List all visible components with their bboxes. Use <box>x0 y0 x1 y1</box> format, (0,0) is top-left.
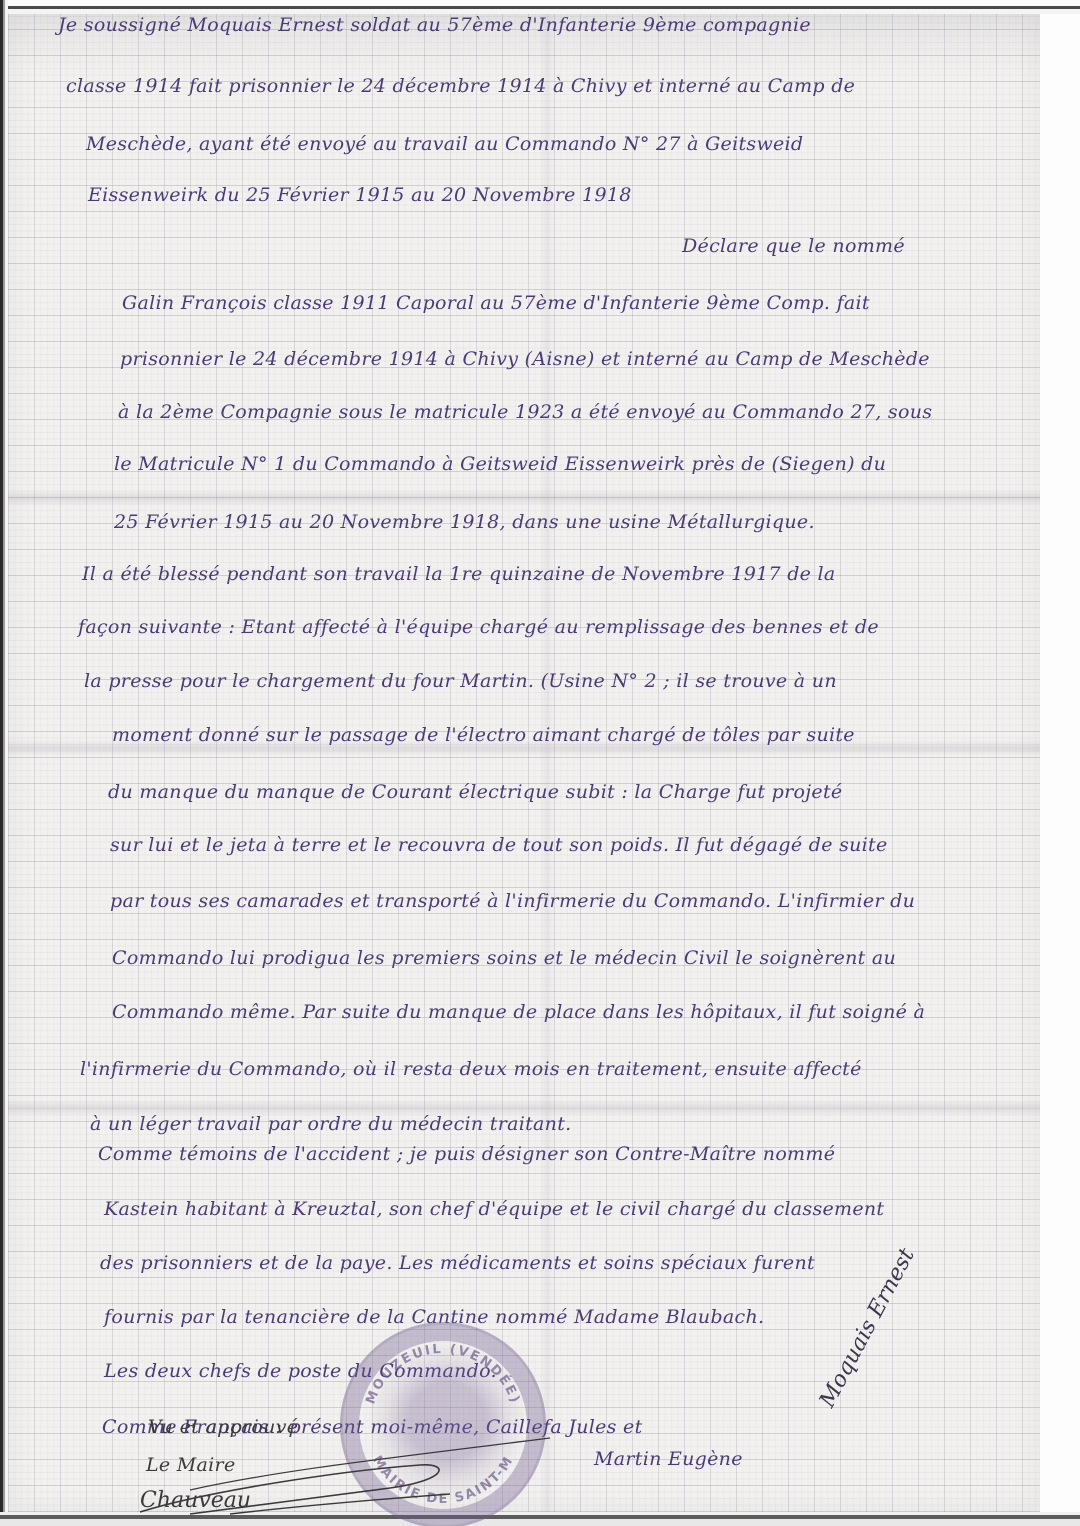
text-line: à un léger travail par ordre du médecin … <box>90 1115 572 1134</box>
text-line: la presse pour le chargement du four Mar… <box>84 672 837 691</box>
svg-text:MOUZEUIL (VENDÉE): MOUZEUIL (VENDÉE) <box>363 1342 522 1407</box>
signature-flourish <box>130 1430 560 1520</box>
text-line: sur lui et le jeta à terre et le recouvr… <box>110 836 888 855</box>
text-line: Meschède, ayant été envoyé au travail au… <box>86 135 803 154</box>
text-line: classe 1914 fait prisonnier le 24 décemb… <box>66 77 855 96</box>
text-line: à la 2ème Compagnie sous le matricule 19… <box>118 403 932 422</box>
text-line: Commando même. Par suite du manque de pl… <box>112 1003 925 1022</box>
scan-top-edge <box>0 0 1080 14</box>
paper-fold <box>8 490 1040 506</box>
text-line: Comme témoins de l'accident ; je puis dé… <box>98 1145 835 1164</box>
text-line: Martin Eugène <box>594 1450 743 1469</box>
text-line: façon suivante : Etant affecté à l'équip… <box>78 618 879 637</box>
scan-left-edge <box>0 0 8 1526</box>
text-line: Galin François classe 1911 Caporal au 57… <box>122 294 870 313</box>
text-line: le Matricule N° 1 du Commando à Geitswei… <box>114 455 886 474</box>
text-line: prisonnier le 24 décembre 1914 à Chivy (… <box>120 350 930 369</box>
text-line: Commando lui prodigua les premiers soins… <box>112 949 896 968</box>
text-line: moment donné sur le passage de l'électro… <box>112 726 855 745</box>
paper-fold-vertical <box>540 14 554 1512</box>
text-line: Eissenweirk du 25 Février 1915 au 20 Nov… <box>88 186 632 205</box>
text-line: Il a été blessé pendant son travail la 1… <box>82 565 836 584</box>
text-line: des prisonniers et de la paye. Les médic… <box>100 1254 815 1273</box>
text-line: Déclare que le nommé <box>682 237 905 256</box>
text-line: du manque du manque de Courant électriqu… <box>108 783 842 802</box>
text-line: par tous ses camarades et transporté à l… <box>110 892 915 911</box>
text-line: l'infirmerie du Commando, où il resta de… <box>80 1060 862 1079</box>
text-line: Kastein habitant à Kreuztal, son chef d'… <box>104 1200 884 1219</box>
text-line: Je soussigné Moquais Ernest soldat au 57… <box>58 16 811 35</box>
text-line: 25 Février 1915 au 20 Novembre 1918, dan… <box>114 513 815 532</box>
